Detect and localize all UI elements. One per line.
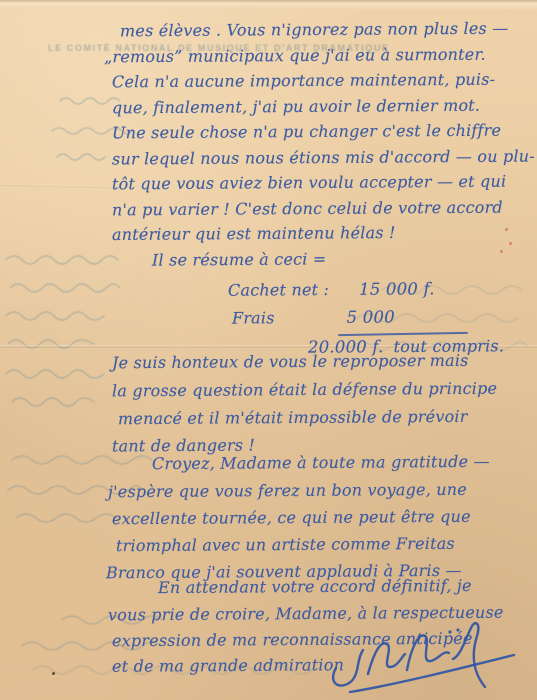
amount-row-cachet: Cachet net :15 000 f. xyxy=(228,279,435,300)
letter-line: antérieur qui est maintenu hélas ! xyxy=(112,223,396,245)
cachet-value: 15 000 f. xyxy=(359,279,435,299)
letter-line: Cela n'a aucune importance maintenant, p… xyxy=(112,70,495,93)
letter-line: En attendant votre accord définitif, je xyxy=(158,576,472,598)
letter-line: la grosse question était la défense du p… xyxy=(112,379,497,402)
cachet-label: Cachet net : xyxy=(228,280,329,300)
frais-value: 5 000 xyxy=(347,307,395,326)
sum-underline xyxy=(338,332,468,336)
red-speck xyxy=(500,250,503,253)
letter-line: que, finalement, j'ai pu avoir le dernie… xyxy=(112,96,480,119)
dark-speck xyxy=(52,672,55,675)
bleedthrough-squiggle xyxy=(14,510,124,524)
bleedthrough-squiggle xyxy=(55,150,115,162)
letter-line: Il se résume à ceci = xyxy=(152,249,327,270)
amount-row-frais: Frais5 000 xyxy=(232,307,395,328)
bleedthrough-squiggle xyxy=(4,366,109,380)
letter-line: menacé et il m'était impossible de prévo… xyxy=(118,407,468,429)
bleedthrough-squiggle xyxy=(10,394,100,408)
red-speck xyxy=(505,228,508,231)
bleedthrough-squiggle xyxy=(4,252,129,266)
letter-line: Une seule chose n'a pu changer c'est le … xyxy=(112,121,501,144)
letter-line: n'a pu varier ! C'est donc celui de votr… xyxy=(112,198,503,221)
bleedthrough-squiggle xyxy=(8,280,126,294)
letter-line: „remous” municipaux que j'ai eu à surmon… xyxy=(104,45,486,68)
letter-line: et de ma grande admiration xyxy=(112,655,344,677)
letter-line: Je suis honteux de vous le reproposer ma… xyxy=(112,351,469,373)
page-bottom-edge xyxy=(0,0,537,9)
red-speck xyxy=(509,242,512,245)
letter-line: j'espère que vous ferez un bon voyage, u… xyxy=(108,480,467,503)
letter-line: Croyez, Madame à toute ma gratitude — xyxy=(152,452,490,474)
signature xyxy=(322,610,527,700)
letter-line: triomphal avec un artiste comme Freitas xyxy=(116,534,455,556)
letter-line: sur lequel nous nous étions mis d'accord… xyxy=(112,147,535,170)
bleedthrough-squiggle xyxy=(4,308,112,322)
frais-label: Frais xyxy=(232,308,275,327)
letter-line: tôt que vous aviez bien voulu accepter —… xyxy=(112,172,506,195)
letter-line: mes élèves . Vous n'ignorez pas non plus… xyxy=(120,19,509,42)
letter-line: excellente tournée, ce qui ne peut être … xyxy=(112,507,471,530)
fold-crease-partial xyxy=(0,184,120,190)
letter-page: LE COMITÉ NATIONAL DE MUSIQUE ET D'ART D… xyxy=(0,0,537,700)
